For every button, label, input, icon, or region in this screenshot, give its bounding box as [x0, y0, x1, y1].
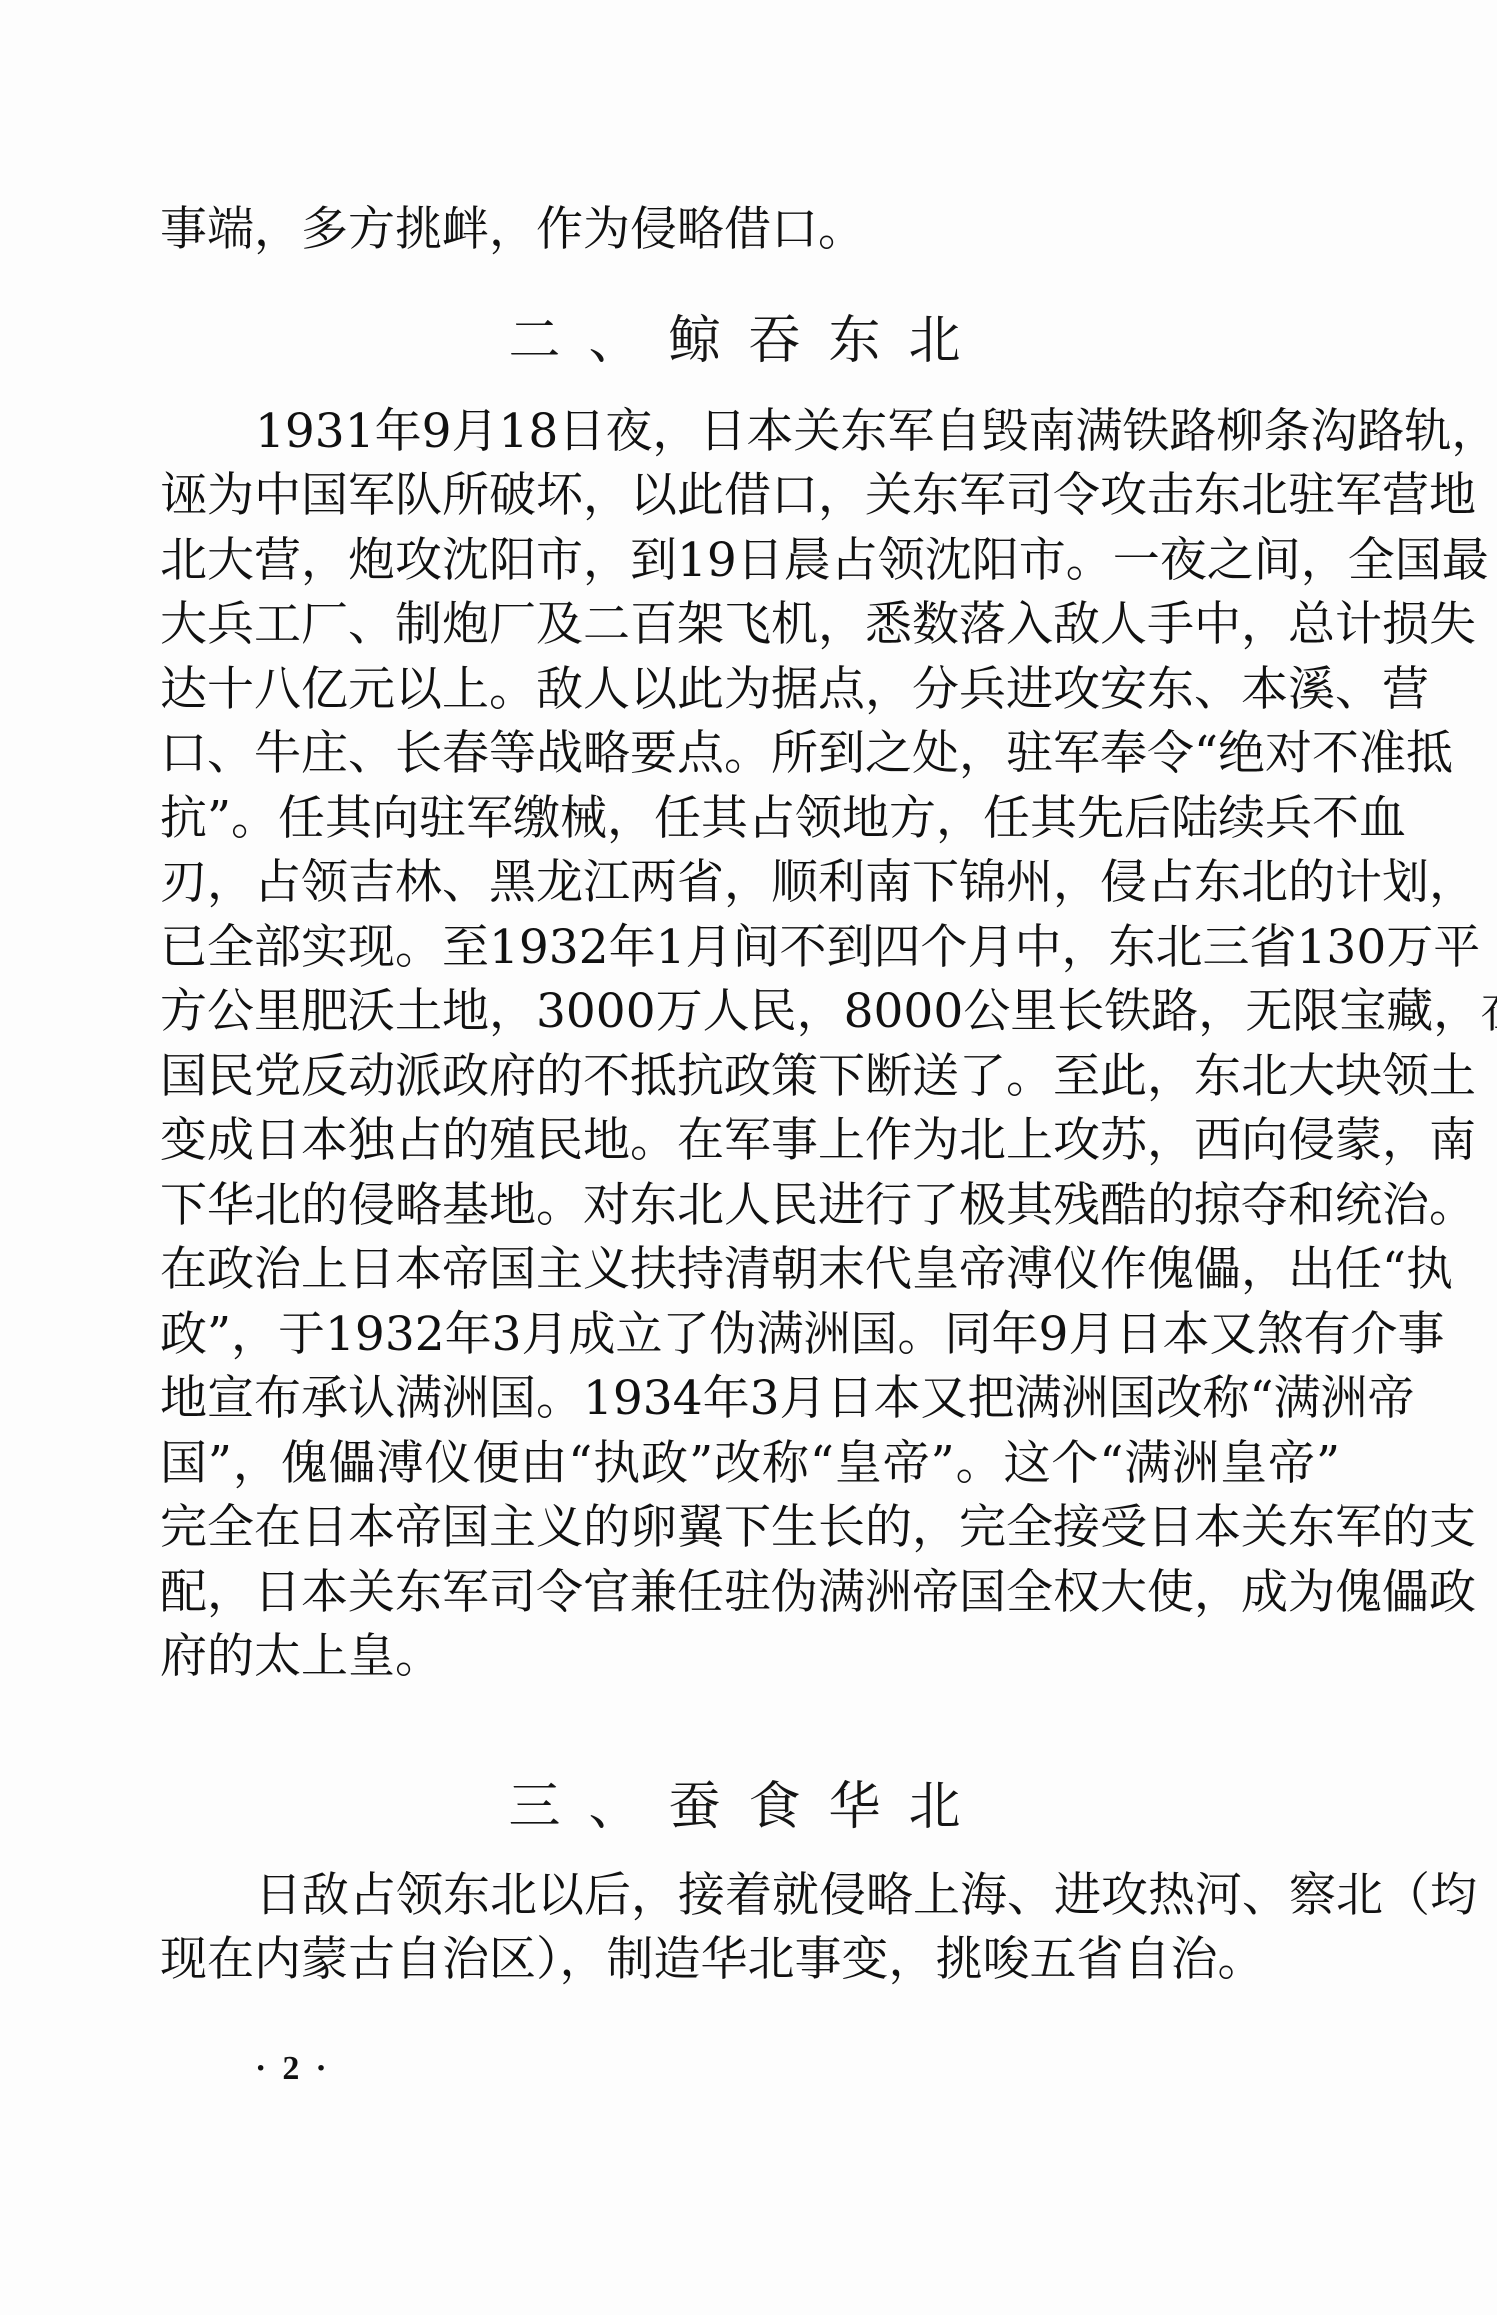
paragraph-line: 配，日本关东军司令官兼任驻伪满洲帝国全权大使，成为傀儡政: [160, 1563, 1340, 1623]
paragraph-line: 1931年9月18日夜，日本关东军自毁南满铁路柳条沟路轨，: [255, 402, 1340, 462]
paragraph-line: 北大营，炮攻沈阳市，到19日晨占领沈阳市。一夜之间，全国最: [160, 531, 1340, 591]
paragraph-line: 府的太上皇。: [160, 1627, 1340, 1687]
paragraph-line: 政”，于1932年3月成立了伪满洲国。同年9月日本又煞有介事: [160, 1305, 1340, 1365]
paragraph-line: 事端，多方挑衅，作为侵略借口。: [160, 200, 1340, 260]
paragraph-line: 日敌占领东北以后，接着就侵略上海、进攻热河、察北（均: [255, 1866, 1340, 1926]
section-heading: 二、鲸吞东北: [0, 306, 1497, 376]
paragraph-line: 抗”。任其向驻军缴械，任其占领地方，任其先后陆续兵不血: [160, 789, 1340, 849]
paragraph-line: 口、牛庄、长春等战略要点。所到之处，驻军奉令“绝对不准抵: [160, 724, 1340, 784]
paragraph-line: 国”，傀儡溥仪便由“执政”改称“皇帝”。这个“满洲皇帝”: [160, 1434, 1340, 1494]
paragraph-line: 已全部实现。至1932年1月间不到四个月中，东北三省130万平: [160, 918, 1340, 978]
section-heading: 三、蚕食华北: [0, 1772, 1497, 1842]
paragraph-line: 诬为中国军队所破坏，以此借口，关东军司令攻击东北驻军营地: [160, 466, 1340, 526]
paragraph-line: 在政治上日本帝国主义扶持清朝末代皇帝溥仪作傀儡，出任“执: [160, 1240, 1340, 1300]
paragraph-line: 完全在日本帝国主义的卵翼下生长的，完全接受日本关东军的支: [160, 1498, 1340, 1558]
paragraph-line: 现在内蒙古自治区），制造华北事变，挑唆五省自治。: [160, 1930, 1340, 1990]
paragraph-line: 大兵工厂、制炮厂及二百架飞机，悉数落入敌人手中，总计损失: [160, 595, 1340, 655]
paragraph-line: 刃，占领吉林、黑龙江两省，顺利南下锦州，侵占东北的计划，: [160, 853, 1340, 913]
paragraph-line: 达十八亿元以上。敌人以此为据点，分兵进攻安东、本溪、营: [160, 660, 1340, 720]
document-page: 事端，多方挑衅，作为侵略借口。 二、鲸吞东北 1931年9月18日夜，日本关东军…: [0, 0, 1497, 2315]
paragraph-line: 方公里肥沃土地，3000万人民，8000公里长铁路，无限宝藏，在: [160, 982, 1340, 1042]
paragraph-line: 下华北的侵略基地。对东北人民进行了极其残酷的掠夺和统治。: [160, 1176, 1340, 1236]
paragraph-line: 地宣布承认满洲国。1934年3月日本又把满洲国改称“满洲帝: [160, 1369, 1340, 1429]
paragraph-line: 变成日本独占的殖民地。在军事上作为北上攻苏，西向侵蒙，南: [160, 1111, 1340, 1171]
paragraph-line: 国民党反动派政府的不抵抗政策下断送了。至此，东北大块领土: [160, 1047, 1340, 1107]
page-number: ·2·: [255, 2050, 343, 2088]
